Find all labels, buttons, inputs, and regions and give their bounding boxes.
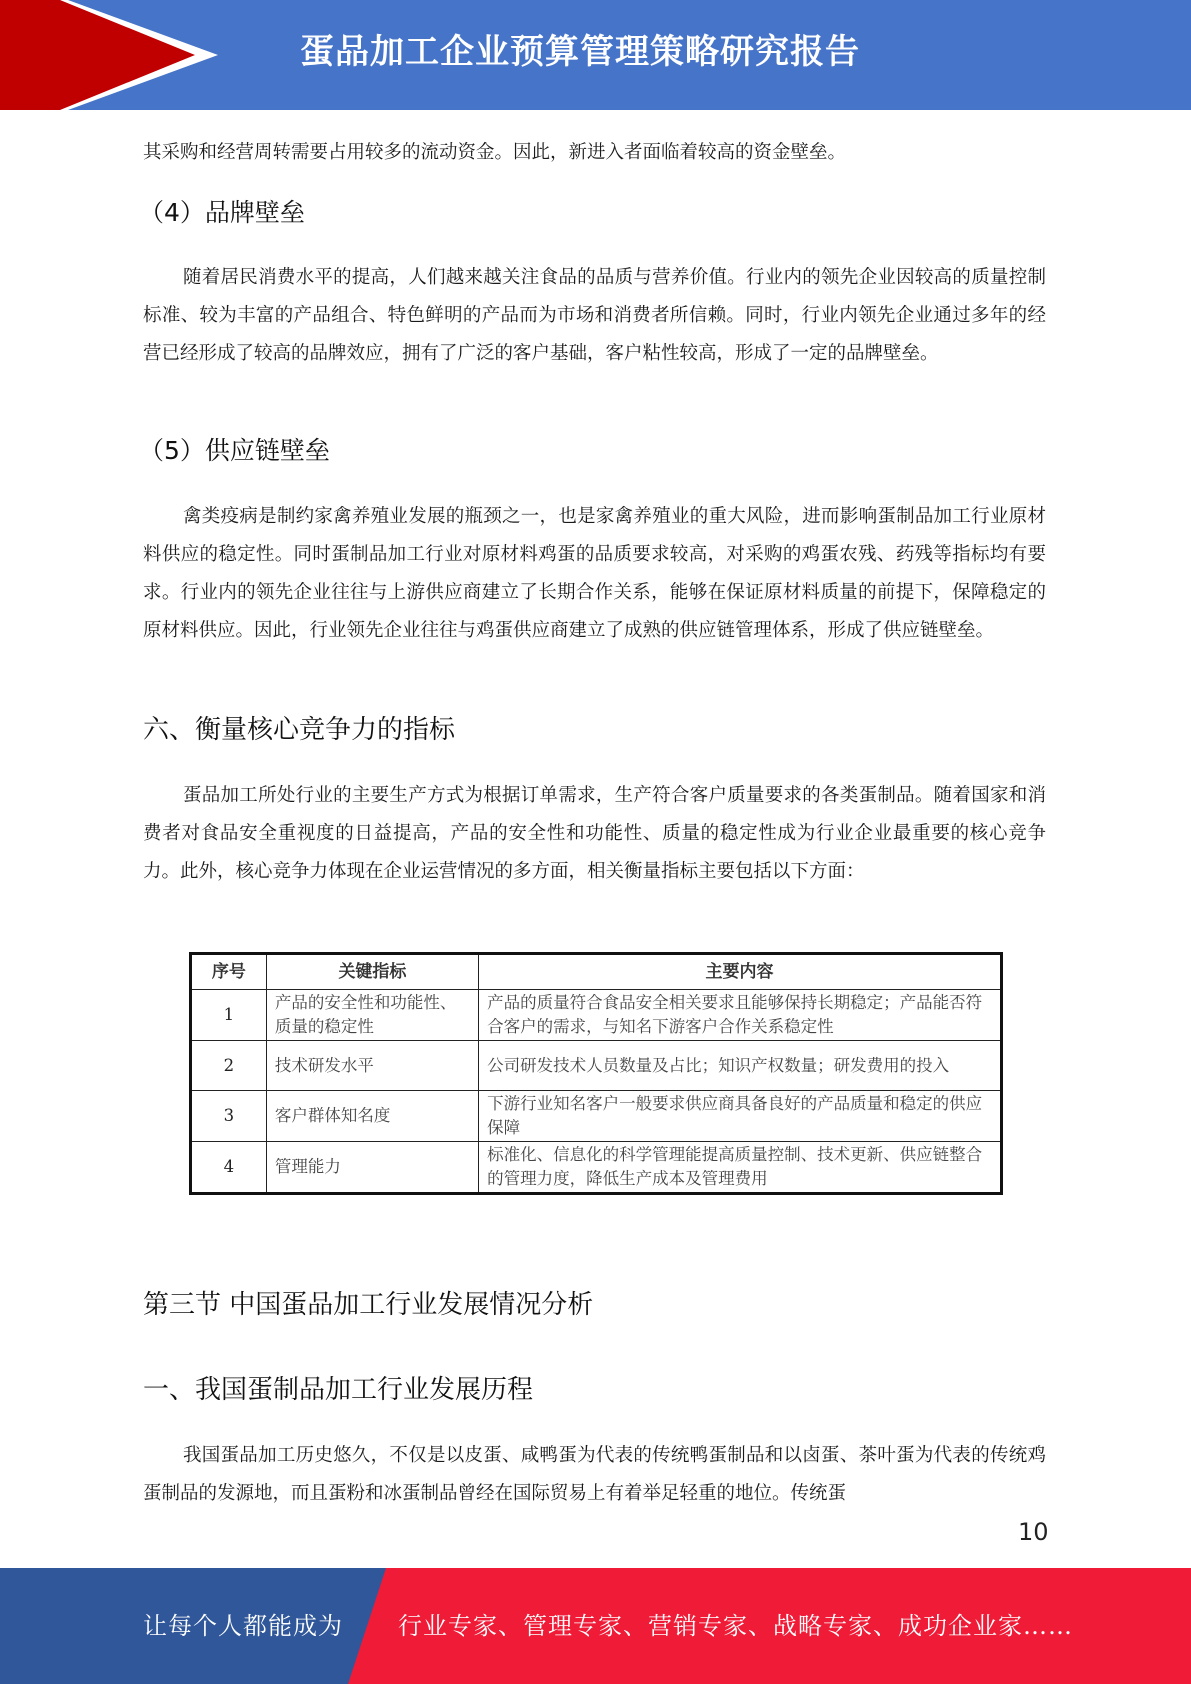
heading-supply-chain-barrier: （5）供应链壁垒 [139,434,330,468]
footer-slogan-left: 让每个人都能成为 [143,1611,343,1641]
cell-number: 1 [191,990,267,1041]
paragraph-core-competitiveness: 蛋品加工所处行业的主要生产方式为根据订单需求，生产符合客户质量要求的各类蛋制品。… [143,777,1046,891]
cell-indicator: 产品的安全性和功能性、质量的稳定性 [266,990,478,1041]
footer-slogan-right: 行业专家、管理专家、营销专家、战略专家、成功企业家…… [398,1611,1073,1641]
cell-indicator: 技术研发水平 [266,1041,478,1091]
cell-number: 2 [191,1041,267,1091]
report-title: 蛋品加工企业预算管理策略研究报告 [300,30,860,74]
column-header-content: 主要内容 [479,954,1002,990]
column-header-indicator: 关键指标 [266,954,478,990]
table-row: 3 客户群体知名度 下游行业知名客户一般要求供应商具备良好的产品质量和稳定的供应… [191,1091,1002,1142]
table-row: 2 技术研发水平 公司研发技术人员数量及占比；知识产权数量；研发费用的投入 [191,1041,1002,1091]
paragraph-supply-chain-barrier: 禽类疫病是制约家禽养殖业发展的瓶颈之一，也是家禽养殖业的重大风险，进而影响蛋制品… [143,498,1046,650]
heading-section-three: 第三节 中国蛋品加工行业发展情况分析 [143,1287,593,1323]
cell-indicator: 客户群体知名度 [266,1091,478,1142]
table-header-row: 序号 关键指标 主要内容 [191,954,1002,990]
cell-content: 标准化、信息化的科学管理能提高质量控制、技术更新、供应链整合的管理力度，降低生产… [479,1142,1002,1194]
paragraph-brand-barrier: 随着居民消费水平的提高，人们越来越关注食品的品质与营养价值。行业内的领先企业因较… [143,259,1046,373]
header-arrow-red-tip [60,0,195,110]
cell-content: 产品的质量符合食品安全相关要求且能够保持长期稳定；产品能否符合客户的需求，与知名… [479,990,1002,1041]
heading-development-history: 一、我国蛋制品加工行业发展历程 [143,1372,533,1408]
cell-number: 4 [191,1142,267,1194]
cell-indicator: 管理能力 [266,1142,478,1194]
page-number: 10 [1018,1518,1049,1546]
header-arrow-red [0,0,60,110]
heading-core-competitiveness: 六、衡量核心竞争力的指标 [143,712,455,748]
cell-content: 下游行业知名客户一般要求供应商具备良好的产品质量和稳定的供应保障 [479,1091,1002,1142]
footer-banner: 让每个人都能成为 行业专家、管理专家、营销专家、战略专家、成功企业家…… [0,1568,1191,1684]
cell-content: 公司研发技术人员数量及占比；知识产权数量；研发费用的投入 [479,1041,1002,1091]
column-header-number: 序号 [191,954,267,990]
indicators-table: 序号 关键指标 主要内容 1 产品的安全性和功能性、质量的稳定性 产品的质量符合… [189,952,1003,1195]
table-row: 1 产品的安全性和功能性、质量的稳定性 产品的质量符合食品安全相关要求且能够保持… [191,990,1002,1041]
heading-brand-barrier: （4）品牌壁垒 [139,196,305,230]
table-row: 4 管理能力 标准化、信息化的科学管理能提高质量控制、技术更新、供应链整合的管理… [191,1142,1002,1194]
header-banner: 蛋品加工企业预算管理策略研究报告 [0,0,1191,110]
paragraph-development-history: 我国蛋品加工历史悠久，不仅是以皮蛋、咸鸭蛋为代表的传统鸭蛋制品和以卤蛋、茶叶蛋为… [143,1437,1046,1513]
cell-number: 3 [191,1091,267,1142]
paragraph-capital-barrier-end: 其采购和经营周转需要占用较多的流动资金。因此，新进入者面临着较高的资金壁垒。 [143,134,1046,172]
